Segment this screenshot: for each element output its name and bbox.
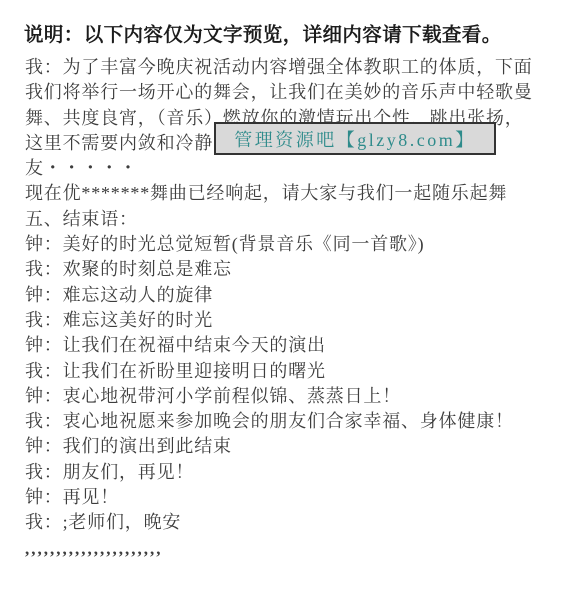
text-line: 五、结束语： (25, 207, 570, 232)
text-line: 我：为了丰富今晚庆祝活动内容增强全体教职工的体质，下面 (25, 55, 570, 80)
trailing-dots-line: ,,,,,,,,,,,,,,,,,,,,,, (25, 536, 570, 561)
text-line: 我：欢聚的时刻总是难忘 (25, 257, 570, 282)
document-preview-page: 说明：以下内容仅为文字预览，详细内容请下载查看。 我：为了丰富今晚庆祝活动内容增… (0, 0, 578, 600)
text-line: 我：朋友们，再见！ (25, 460, 570, 485)
text-line: 我：让我们在祈盼里迎接明日的曙光 (25, 359, 570, 384)
text-line: 我：难忘这美好的时光 (25, 308, 570, 333)
watermark-stamp: 管理资源吧【glzy8.com】 (214, 122, 496, 155)
text-line: 现在优*******舞曲已经响起，请大家与我们一起随乐起舞 (25, 181, 570, 206)
text-line: 我：;老师们，晚安 (25, 510, 570, 535)
text-line: 友・・・・・ (25, 156, 570, 181)
text-line: 钟：难忘这动人的旋律 (25, 283, 570, 308)
text-line: 钟：再见！ (25, 485, 570, 510)
text-line: 钟：衷心地祝带河小学前程似锦、蒸蒸日上！ (25, 384, 570, 409)
text-line: 我：衷心地祝愿来参加晚会的朋友们合家幸福、身体健康！ (25, 409, 570, 434)
text-line: 我们将举行一场开心的舞会，让我们在美妙的音乐声中轻歌曼 (25, 80, 570, 105)
text-line: 钟：我们的演出到此结束 (25, 434, 570, 459)
text-line: 钟：美好的时光总觉短暂(背景音乐《同一首歌》) (25, 232, 570, 257)
watermark-text: 管理资源吧【glzy8.com】 (234, 126, 475, 152)
preview-notice: 说明：以下内容仅为文字预览，详细内容请下载查看。 (24, 19, 502, 47)
text-line: 钟：让我们在祝福中结束今天的演出 (25, 333, 570, 358)
